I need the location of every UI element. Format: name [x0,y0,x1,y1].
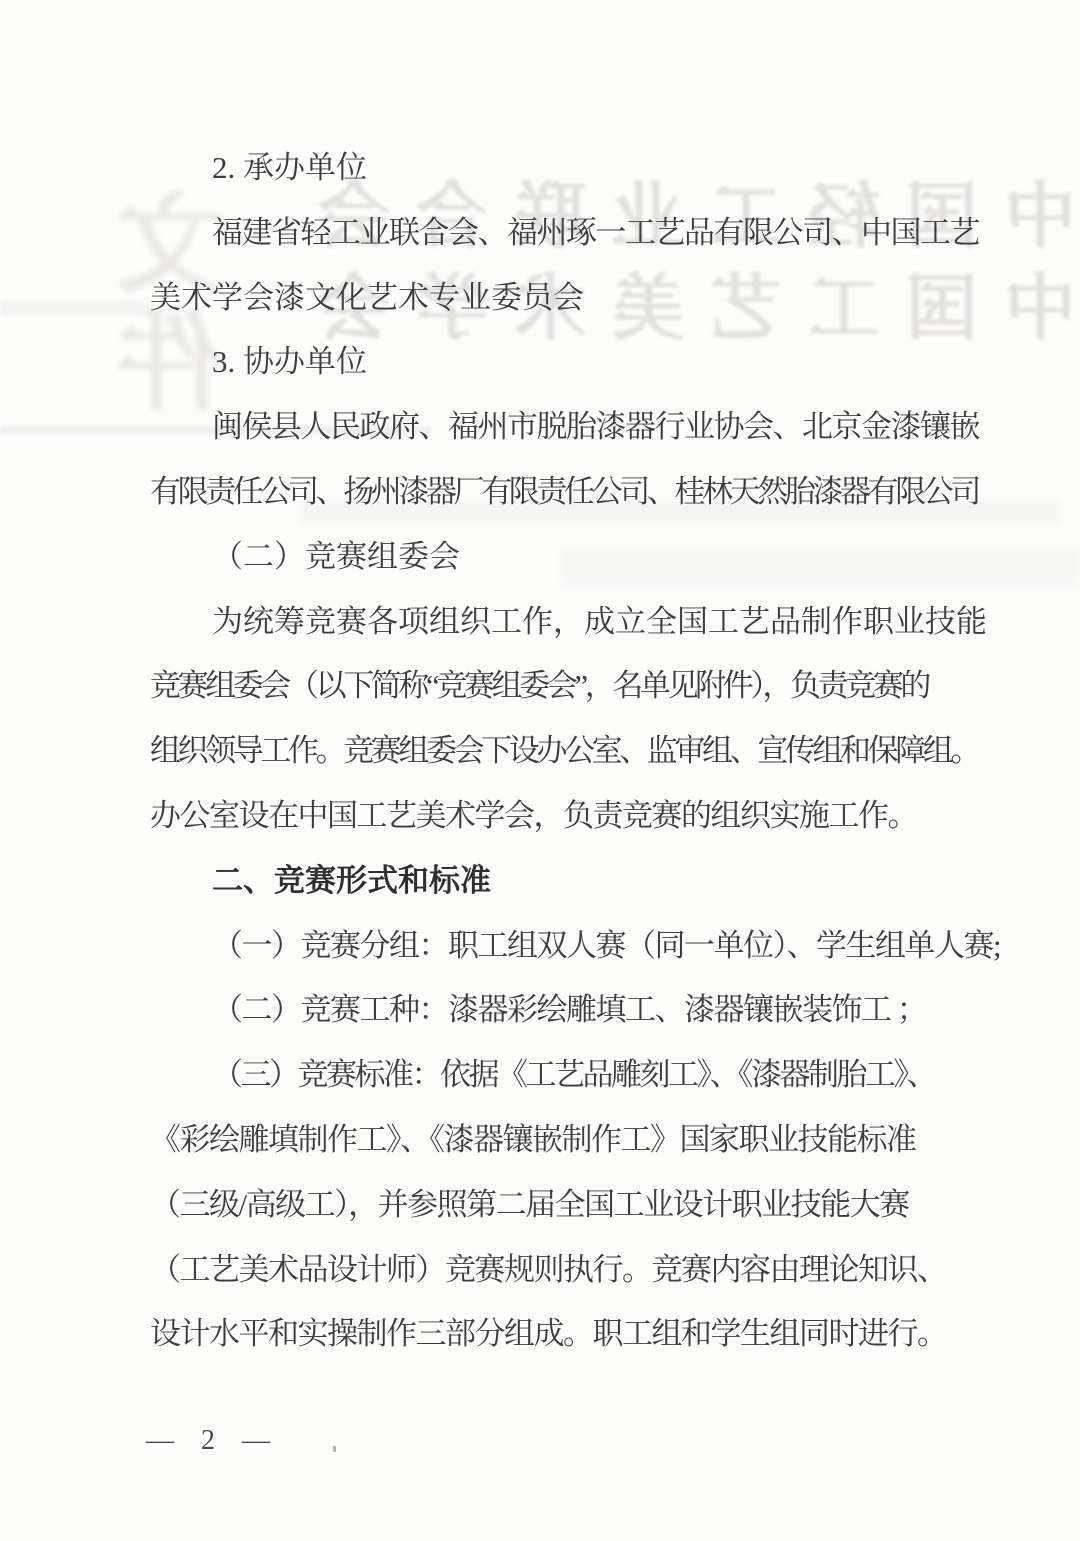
page-number: — 2 — [146,1425,280,1457]
document-line: （一）竞赛分组：职工组双人赛（同一单位）、学生组单人赛; [150,914,980,979]
document-line: 有限责任公司、扬州漆器厂有限责任公司、桂林天然胎漆器有限公司 [150,460,980,525]
subsection-heading: （二）竞赛组委会 [150,525,980,590]
document-line: （工艺美术品设计师）竞赛规则执行。竞赛内容由理论知识、 [150,1238,980,1303]
document-line: （三）竞赛标准：依据《工艺品雕刻工》、《漆器制胎工》、 [150,1043,980,1108]
document-line: 为统筹竞赛各项组织工作，成立全国工艺品制作职业技能 [150,590,980,655]
document-line: 办公室设在中国工艺美术学会，负责竞赛的组织实施工作。 [150,784,980,849]
document-line: （三级/高级工），并参照第二届全国工业设计职业技能大赛 [150,1173,980,1238]
document-line: 福建省轻工业联合会、福州琢一工艺品有限公司、中国工艺 [150,201,980,266]
list-item-heading: 2. 承办单位 [150,136,980,201]
list-item-heading: 3. 协办单位 [150,330,980,395]
document-line: 设计水平和实操制作三部分组成。职工组和学生组同时进行。 [150,1302,980,1367]
document-line: （二）竞赛工种：漆器彩绘雕填工、漆器镶嵌装饰工 ； [150,978,980,1043]
scan-artifact-band [0,300,150,316]
document-line: 组织领导工作。竞赛组委会下设办公室、监审组、宣传组和保障组。 [150,719,980,784]
section-heading: 二、竞赛形式和标准 [150,849,980,914]
scan-artifact-dot [333,1446,336,1452]
document-line: 《彩绘雕填制作工》、《漆器镶嵌制作工》国家职业技能标准 [150,1108,980,1173]
document-line: 美术学会漆文化艺术专业委员会 [150,266,980,331]
document-page: 中国轻工业联合会 中国工艺美术学会 文件 2. 承办单位 福建省轻工业联合会、福… [0,0,1080,1541]
document-line: 竞赛组委会（以下简称“竞赛组委会”，名单见附件），负责竞赛的 [150,654,980,719]
document-line: 闽侯县人民政府、福州市脱胎漆器行业协会、北京金漆镶嵌 [150,395,980,460]
document-body: 2. 承办单位 福建省轻工业联合会、福州琢一工艺品有限公司、中国工艺 美术学会漆… [150,136,980,1367]
